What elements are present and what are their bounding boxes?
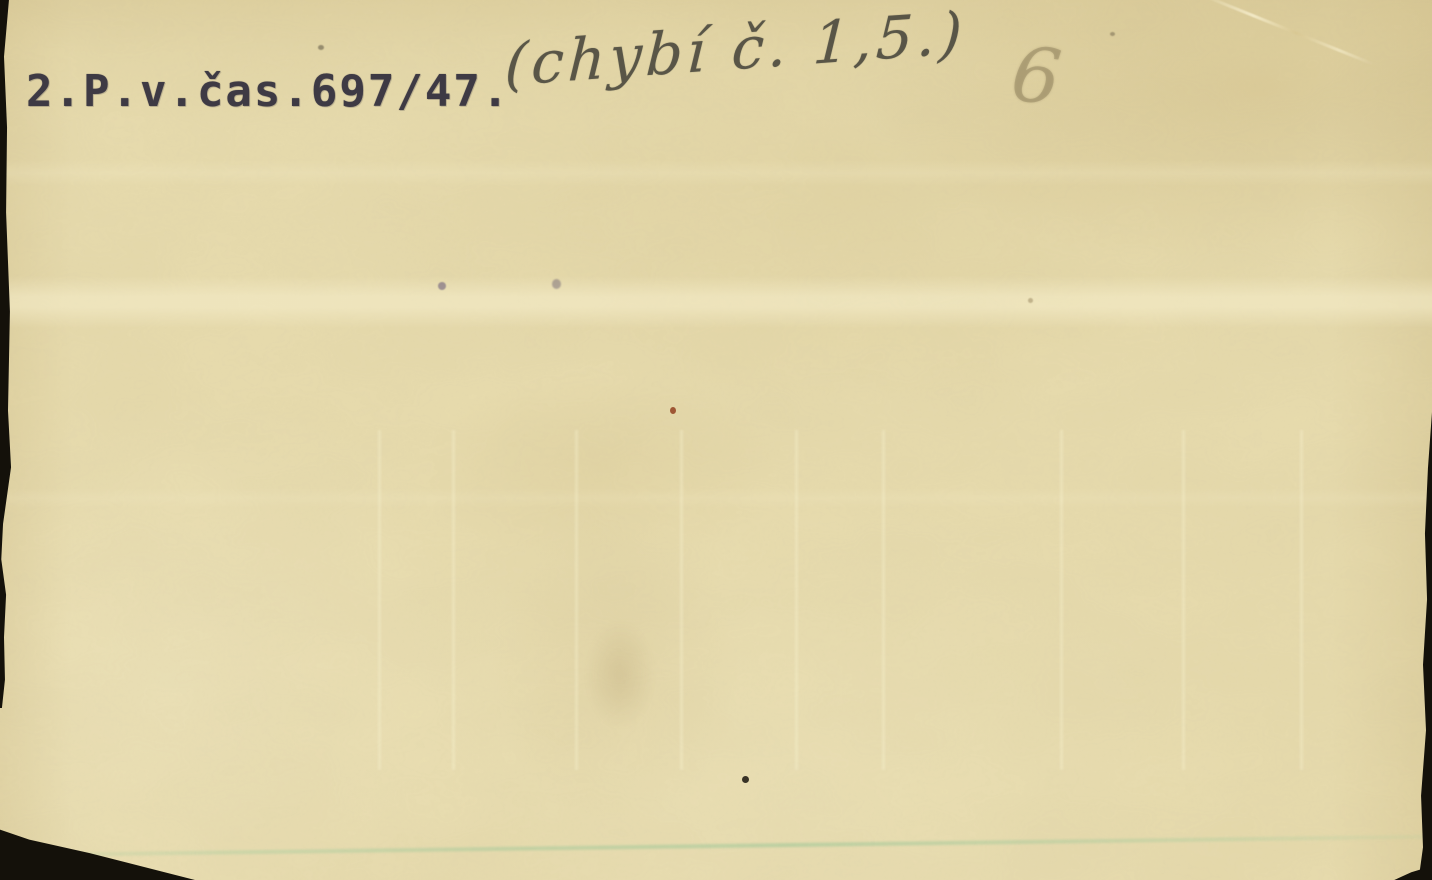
pencil-number: 6	[1008, 35, 1065, 116]
paper-stain	[585, 620, 655, 730]
typed-reference: 2.P.v.čas.697/47.	[26, 70, 510, 114]
paper-surface	[0, 0, 1432, 880]
scanned-index-card: 2.P.v.čas.697/47. (chybí č. 1,5.) 6	[0, 0, 1432, 880]
